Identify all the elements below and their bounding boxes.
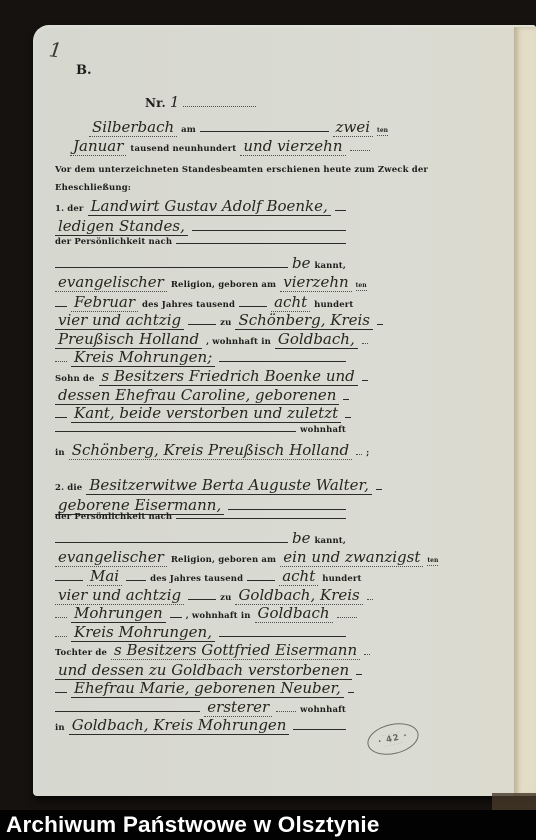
year-printed-label: tausend neunhundert xyxy=(130,145,236,154)
bride-name: Besitzerwitwe Berta Auguste Walter, xyxy=(86,478,372,495)
zu-label: zu xyxy=(220,319,231,328)
month-value: Januar xyxy=(70,139,126,156)
groom-birth-month: Februar xyxy=(71,295,138,312)
groom-religion: evangelischer xyxy=(55,275,167,292)
bride-mother-line: Ehefrau Marie, geborenen Neuber, xyxy=(55,681,346,698)
year-label: des Jahres tausend xyxy=(142,301,235,310)
blank-line xyxy=(337,613,357,618)
blank-line xyxy=(219,357,346,362)
bride-birth-year: vier und achtzig xyxy=(55,588,184,605)
semicolon: ; xyxy=(366,449,369,458)
wohnhaft-label: wohnhaft xyxy=(300,706,346,715)
blank-line xyxy=(176,514,346,519)
zu-label: zu xyxy=(220,594,231,603)
bride-identity-line: der Persönlichkeit nach xyxy=(55,513,346,530)
blank-line xyxy=(126,576,146,581)
bride-father: s Besitzers Gottfried Eisermann xyxy=(111,643,360,660)
bride-residence-line: Mohrungen , wohnhaft in Goldbach xyxy=(55,606,346,623)
blank-line xyxy=(55,357,67,362)
form-section-letter: B. xyxy=(76,63,92,78)
book-fore-edge xyxy=(492,793,536,811)
blank-line xyxy=(362,376,368,381)
blank-line xyxy=(335,206,346,211)
groom-known-hand: be xyxy=(292,256,310,271)
blank-line xyxy=(376,485,382,490)
wohnhaft-in-label: , wohnhaft in xyxy=(186,612,251,621)
bride-known-line: be kannt, xyxy=(55,531,346,548)
bride-birth-month-line: Mai des Jahres tausend acht hundert xyxy=(55,569,346,586)
bride-erstere-hand: ersterer xyxy=(204,700,272,717)
bride-parents-residence: Goldbach, Kreis Mohrungen xyxy=(69,718,290,735)
groom-parents-residence: Schönberg, Kreis Preußisch Holland xyxy=(69,443,352,460)
blank-line xyxy=(183,102,256,107)
blank-line xyxy=(188,595,216,600)
bride-wohnhaft-line: ersterer wohnhaft xyxy=(55,700,346,717)
known-label: kannt, xyxy=(314,537,346,546)
blank-line xyxy=(176,239,346,244)
groom-residence-line: Preußisch Holland , wohnhaft in Goldbach… xyxy=(55,332,346,349)
hundert-label: hundert xyxy=(314,301,353,310)
blank-line xyxy=(348,688,354,693)
blank-line xyxy=(170,613,182,618)
bride-index-label: 2. die xyxy=(55,484,82,493)
record-number-line: Nr. 1 xyxy=(145,95,256,112)
blank-line xyxy=(55,538,288,543)
bride-father-line: Tochter de s Besitzers Gottfried Eiserma… xyxy=(55,643,346,660)
in-label: in xyxy=(55,724,65,733)
bride-father-line-2: und dessen zu Goldbach verstorbenen xyxy=(55,663,346,680)
religion-label: Religion, geboren am xyxy=(171,281,276,290)
groom-name-line: 1. der Landwirt Gustav Adolf Boenke, xyxy=(55,199,346,216)
blank-line xyxy=(293,725,346,730)
page-number-mark: 1 xyxy=(48,37,64,62)
groom-mother-2: Kant, beide verstorben und zuletzt xyxy=(71,406,341,423)
birth-day-suffix: ten xyxy=(356,283,367,291)
blank-line xyxy=(377,320,383,325)
groom-status-line: ledigen Standes, xyxy=(55,219,346,236)
bride-century: acht xyxy=(279,569,318,586)
groom-birth-day: vierzehn xyxy=(280,275,351,292)
blank-line xyxy=(55,576,83,581)
groom-birth-year-line: vier und achtzig zu Schönberg, Kreis xyxy=(55,313,346,330)
blank-line xyxy=(276,707,296,712)
place-value: Silberbach xyxy=(89,120,177,137)
bride-father-2: und dessen zu Goldbach verstorbenen xyxy=(55,663,352,680)
bride-religion-line: evangelischer Religion, geboren am ein u… xyxy=(55,550,346,567)
blank-line xyxy=(55,413,67,418)
sohn-label: Sohn de xyxy=(55,375,95,384)
blank-line xyxy=(55,632,67,637)
am-label: am xyxy=(181,126,196,135)
groom-father-line: Sohn de s Besitzers Friedrich Boenke und xyxy=(55,369,346,386)
groom-birth-place: Schönberg, Kreis xyxy=(235,313,373,330)
month-year-line: Januar tausend neunhundert und vierzehn xyxy=(70,139,350,156)
bride-religion: evangelischer xyxy=(55,550,167,567)
bride-parents-residence-line: in Goldbach, Kreis Mohrungen xyxy=(55,718,346,735)
groom-index-label: 1. der xyxy=(55,205,84,214)
groom-known-line: be kannt, xyxy=(55,256,346,273)
blank-line xyxy=(239,302,267,307)
blank-line xyxy=(345,413,351,418)
bride-birth-day: ein und zwanzigst xyxy=(280,550,423,567)
groom-birth-month-line: Februar des Jahres tausend acht hundert xyxy=(55,295,346,312)
year-label: des Jahres tausend xyxy=(150,575,243,584)
bride-known-hand: be xyxy=(292,531,310,546)
intro-line-1: Vor dem unterzeichneten Standesbeamten e… xyxy=(55,166,346,183)
groom-residence: Goldbach, xyxy=(275,332,358,349)
bride-residence: Goldbach xyxy=(255,606,333,623)
blank-line xyxy=(364,650,370,655)
blank-line xyxy=(356,450,362,455)
hundert-label: hundert xyxy=(322,575,361,584)
bride-birth-place-2: Mohrungen xyxy=(71,606,166,623)
bride-birth-year-line: vier und achtzig zu Goldbach, Kreis xyxy=(55,588,346,605)
groom-father: s Besitzers Friedrich Boenke und xyxy=(99,369,358,386)
intro-text-2: Eheschließung: xyxy=(55,184,131,193)
bride-mother: Ehefrau Marie, geborenen Neuber, xyxy=(71,681,344,698)
record-number-value: 1 xyxy=(170,95,180,110)
blank-line xyxy=(55,688,67,693)
archive-name: Archiwum Państwowe w Olsztynie xyxy=(6,812,380,838)
religion-label: Religion, geboren am xyxy=(171,556,276,565)
intro-text-1: Vor dem unterzeichneten Standesbeamten e… xyxy=(55,166,428,175)
scanned-record-view: { "caption": { "label": "Archiwum Państw… xyxy=(0,0,536,840)
blank-line xyxy=(192,226,346,231)
groom-residence-2: Kreis Mohrungen; xyxy=(71,350,215,367)
groom-mother-line-2: Kant, beide verstorben und zuletzt xyxy=(55,406,346,423)
groom-mother-line: dessen Ehefrau Caroline, geborenen xyxy=(55,388,346,405)
year-value: und vierzehn xyxy=(240,139,345,156)
blank-line xyxy=(55,707,200,712)
bride-birth-place: Goldbach, Kreis xyxy=(235,588,362,605)
blank-line xyxy=(55,263,288,268)
day-suffix: ten xyxy=(377,128,388,136)
blank-line xyxy=(367,595,373,600)
blank-line xyxy=(356,670,362,675)
groom-birth-place-2: Preußisch Holland xyxy=(55,332,202,349)
bride-residence-2: Kreis Mohrungen, xyxy=(71,625,215,642)
page-fold-edge xyxy=(514,27,536,796)
known-label: kannt, xyxy=(314,262,346,271)
in-label: in xyxy=(55,449,65,458)
bride-birth-month: Mai xyxy=(87,569,122,586)
bride-residence-line-2: Kreis Mohrungen, xyxy=(55,625,346,642)
blank-line xyxy=(188,320,216,325)
place-day-line: Silberbach am zwei ten xyxy=(89,120,388,137)
document-page: 1 B. Nr. 1 Silberbach am zwei ten Januar… xyxy=(33,25,536,796)
groom-parents-residence-line: in Schönberg, Kreis Preußisch Holland ; xyxy=(55,443,346,460)
wohnhaft-in-label: , wohnhaft in xyxy=(206,338,271,347)
day-value: zwei xyxy=(333,120,373,137)
blank-line xyxy=(343,395,349,400)
archive-stamp: ······· · 42 · ······· xyxy=(364,719,421,760)
identity-label: der Persönlichkeit nach xyxy=(55,238,172,247)
blank-line xyxy=(228,505,346,510)
blank-line xyxy=(350,146,370,151)
blank-line xyxy=(55,302,67,307)
blank-line xyxy=(247,576,275,581)
tochter-label: Tochter de xyxy=(55,649,107,658)
bride-name-line: 2. die Besitzerwitwe Berta Auguste Walte… xyxy=(55,478,346,495)
groom-identity-line: der Persönlichkeit nach xyxy=(55,238,346,255)
identity-label: der Persönlichkeit nach xyxy=(55,513,172,522)
wohnhaft-label: wohnhaft xyxy=(300,426,346,435)
groom-birth-year: vier und achtzig xyxy=(55,313,184,330)
groom-status: ledigen Standes, xyxy=(55,219,188,236)
groom-century: acht xyxy=(271,295,310,312)
blank-line xyxy=(362,339,368,344)
birth-day-suffix: ten xyxy=(427,558,438,566)
groom-religion-line: evangelischer Religion, geboren am vierz… xyxy=(55,275,346,292)
blank-line xyxy=(55,613,67,618)
blank-line xyxy=(55,427,296,432)
blank-line xyxy=(219,632,346,637)
archive-caption-bar: Archiwum Państwowe w Olsztynie xyxy=(0,810,536,840)
record-number-label: Nr. xyxy=(145,97,166,109)
blank-line xyxy=(200,127,329,132)
groom-mother: dessen Ehefrau Caroline, geborenen xyxy=(55,388,339,405)
groom-residence-line-2: Kreis Mohrungen; xyxy=(55,350,346,367)
groom-name: Landwirt Gustav Adolf Boenke, xyxy=(88,199,331,216)
